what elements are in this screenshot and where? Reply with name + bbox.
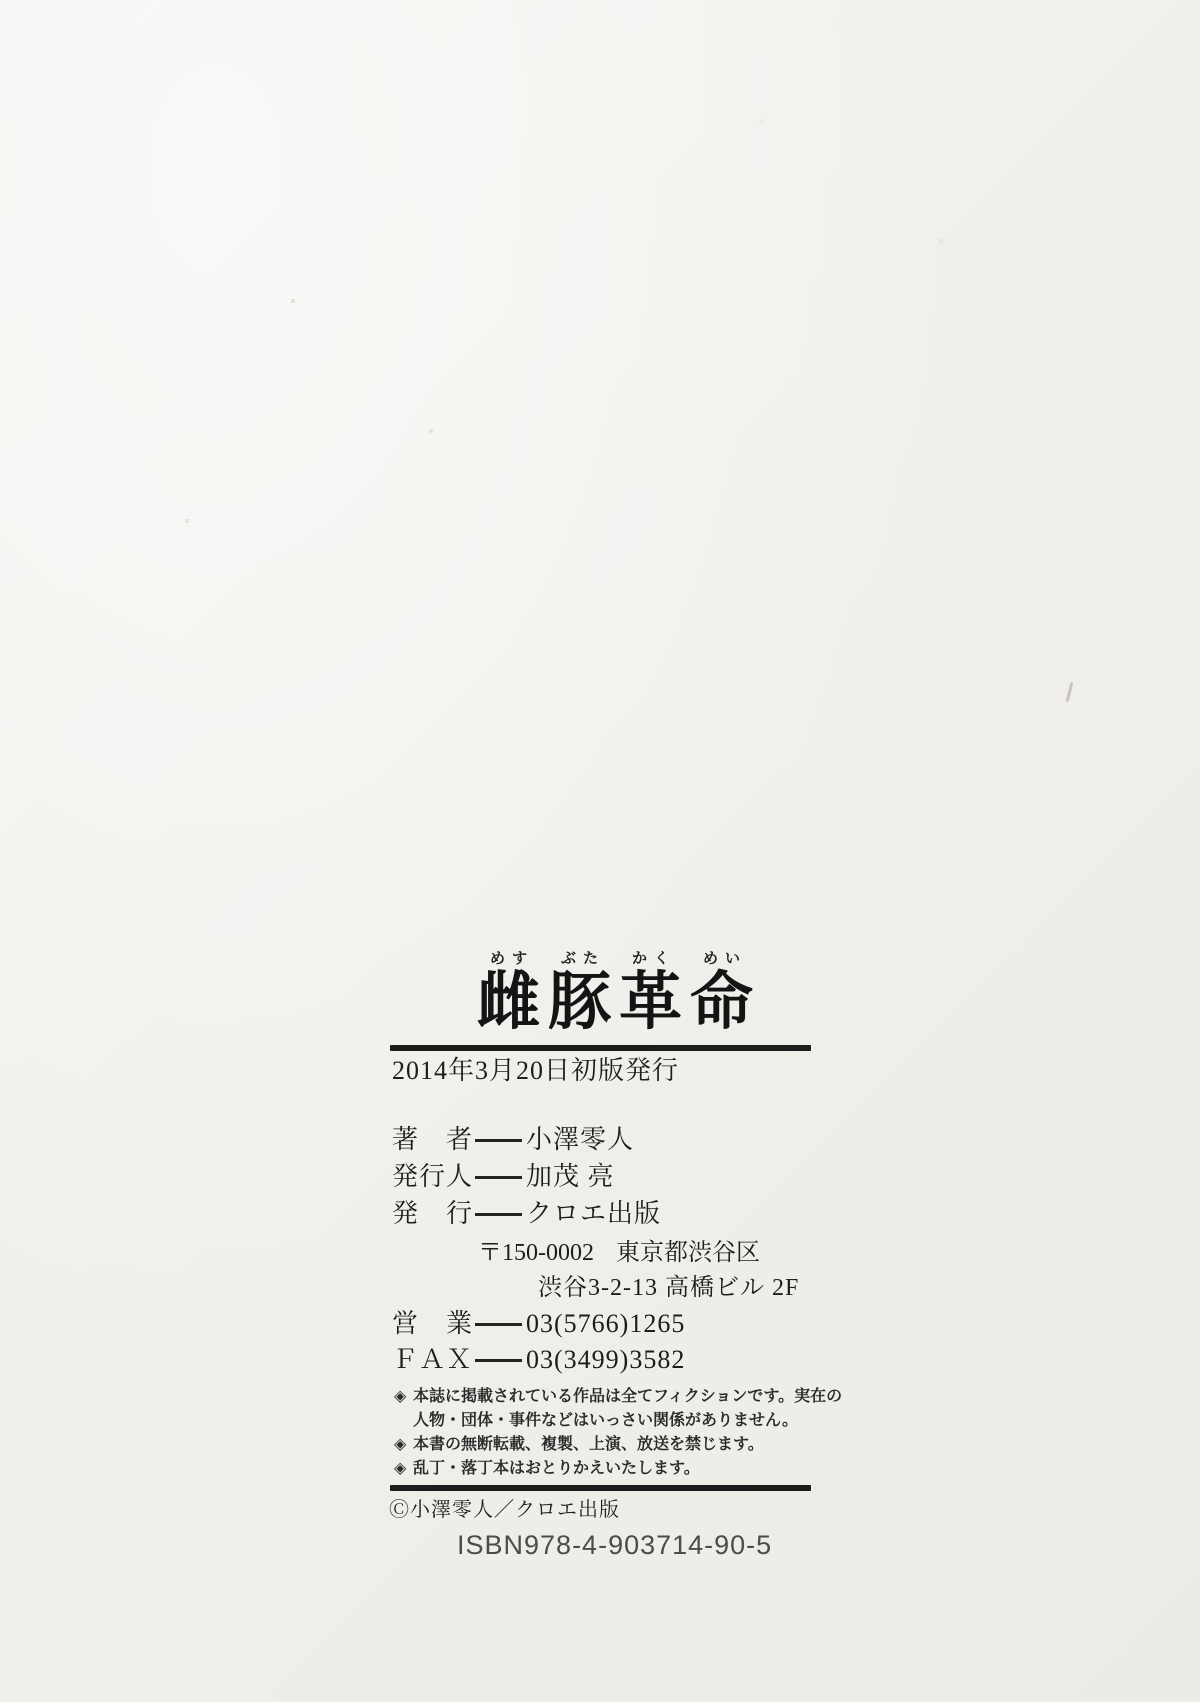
notices-list: ◈ 本誌に掲載されている作品は全てフィクションです。実在の 人物・団体・事件など…: [394, 1385, 842, 1481]
credit-value: 小澤零人: [526, 1125, 634, 1154]
diamond-bullet-icon: ◈: [394, 1433, 413, 1457]
contact-value: 03(3499)3582: [526, 1345, 685, 1374]
title-furigana: めす: [473, 951, 544, 968]
postal-code: 〒150-0002: [478, 1240, 594, 1266]
copyright-line: Ⓒ小澤零人／クロエ出版: [389, 1498, 620, 1522]
contact-label: 営 業: [392, 1310, 473, 1337]
dash-separator: [475, 1213, 522, 1216]
credits-list: 著 者小澤零人 発行人加茂 亮 発 行クロエ出版: [392, 1126, 661, 1237]
credit-row: 発 行クロエ出版: [392, 1200, 661, 1227]
colophon-page: めす 雌 ぶた 豚 かく 革 めい 命 2014年3月20日初版発行 著 者: [0, 0, 1200, 1702]
credit-value: クロエ出版: [526, 1199, 661, 1228]
credit-label: 著 者: [392, 1126, 473, 1153]
title-furigana: ぶた: [544, 951, 615, 968]
credit-label: 発行人: [392, 1163, 473, 1190]
title-char: かく 革: [615, 951, 686, 1033]
title-kanji: 雌: [473, 971, 544, 1033]
title-kanji: 革: [615, 971, 686, 1033]
contact-row: ＦＡＸ03(3499)3582: [392, 1346, 685, 1373]
notice-text: 乱丁・落丁本はおとりかえいたします。: [413, 1457, 700, 1481]
scan-artifact-mark: [1066, 682, 1074, 702]
title-char: ぶた 豚: [544, 951, 615, 1033]
contacts-list: 営 業03(5766)1265 ＦＡＸ03(3499)3582: [392, 1310, 685, 1382]
notice-line-1: ◈ 本誌に掲載されている作品は全てフィクションです。実在の: [394, 1385, 842, 1409]
edition-date-line: 2014年3月20日初版発行: [392, 1056, 679, 1086]
notice-line-1: ◈ 本書の無断転載、複製、上演、放送を禁じます。: [394, 1433, 842, 1457]
title-kanji: 命: [686, 971, 757, 1033]
contact-label: ＦＡＸ: [392, 1346, 473, 1373]
diamond-bullet-icon: ◈: [394, 1457, 413, 1481]
dash-separator: [475, 1176, 522, 1179]
title-furigana: めい: [686, 951, 757, 968]
notice-line-2: 人物・団体・事件などはいっさい関係がありません。: [394, 1409, 842, 1433]
title-furigana: かく: [615, 951, 686, 968]
notice-item: ◈ 本誌に掲載されている作品は全てフィクションです。実在の 人物・団体・事件など…: [394, 1385, 842, 1433]
notice-item: ◈ 本書の無断転載、複製、上演、放送を禁じます。: [394, 1433, 842, 1457]
divider-rule-bottom: [390, 1485, 811, 1491]
dash-separator: [475, 1139, 522, 1142]
book-title: めす 雌 ぶた 豚 かく 革 めい 命: [473, 951, 757, 1033]
notice-text: 本誌に掲載されている作品は全てフィクションです。実在の: [413, 1385, 842, 1409]
notice-text: 本書の無断転載、複製、上演、放送を禁じます。: [413, 1433, 764, 1457]
isbn-line: ISBN978-4-903714-90-5: [457, 1531, 772, 1560]
dash-separator: [475, 1323, 522, 1326]
credit-value: 加茂 亮: [526, 1162, 615, 1191]
contact-value: 03(5766)1265: [526, 1309, 685, 1338]
address-line-1: 〒150-0002東京都渋谷区: [478, 1240, 760, 1267]
address-city: 東京都渋谷区: [616, 1240, 760, 1266]
notice-item: ◈ 乱丁・落丁本はおとりかえいたします。: [394, 1457, 842, 1481]
credit-label: 発 行: [392, 1200, 473, 1227]
title-kanji: 豚: [544, 971, 615, 1033]
dash-separator: [475, 1359, 522, 1362]
paper-noise: [0, 0, 2, 2]
credit-row: 著 者小澤零人: [392, 1126, 661, 1153]
address-line-2: 渋谷3-2-13 高橋ビル 2F: [538, 1275, 799, 1302]
diamond-bullet-icon: ◈: [394, 1385, 413, 1409]
title-char: めい 命: [686, 951, 757, 1033]
title-char: めす 雌: [473, 951, 544, 1033]
divider-rule-top: [390, 1045, 811, 1051]
notice-line-1: ◈ 乱丁・落丁本はおとりかえいたします。: [394, 1457, 842, 1481]
contact-row: 営 業03(5766)1265: [392, 1310, 685, 1337]
credit-row: 発行人加茂 亮: [392, 1163, 661, 1190]
